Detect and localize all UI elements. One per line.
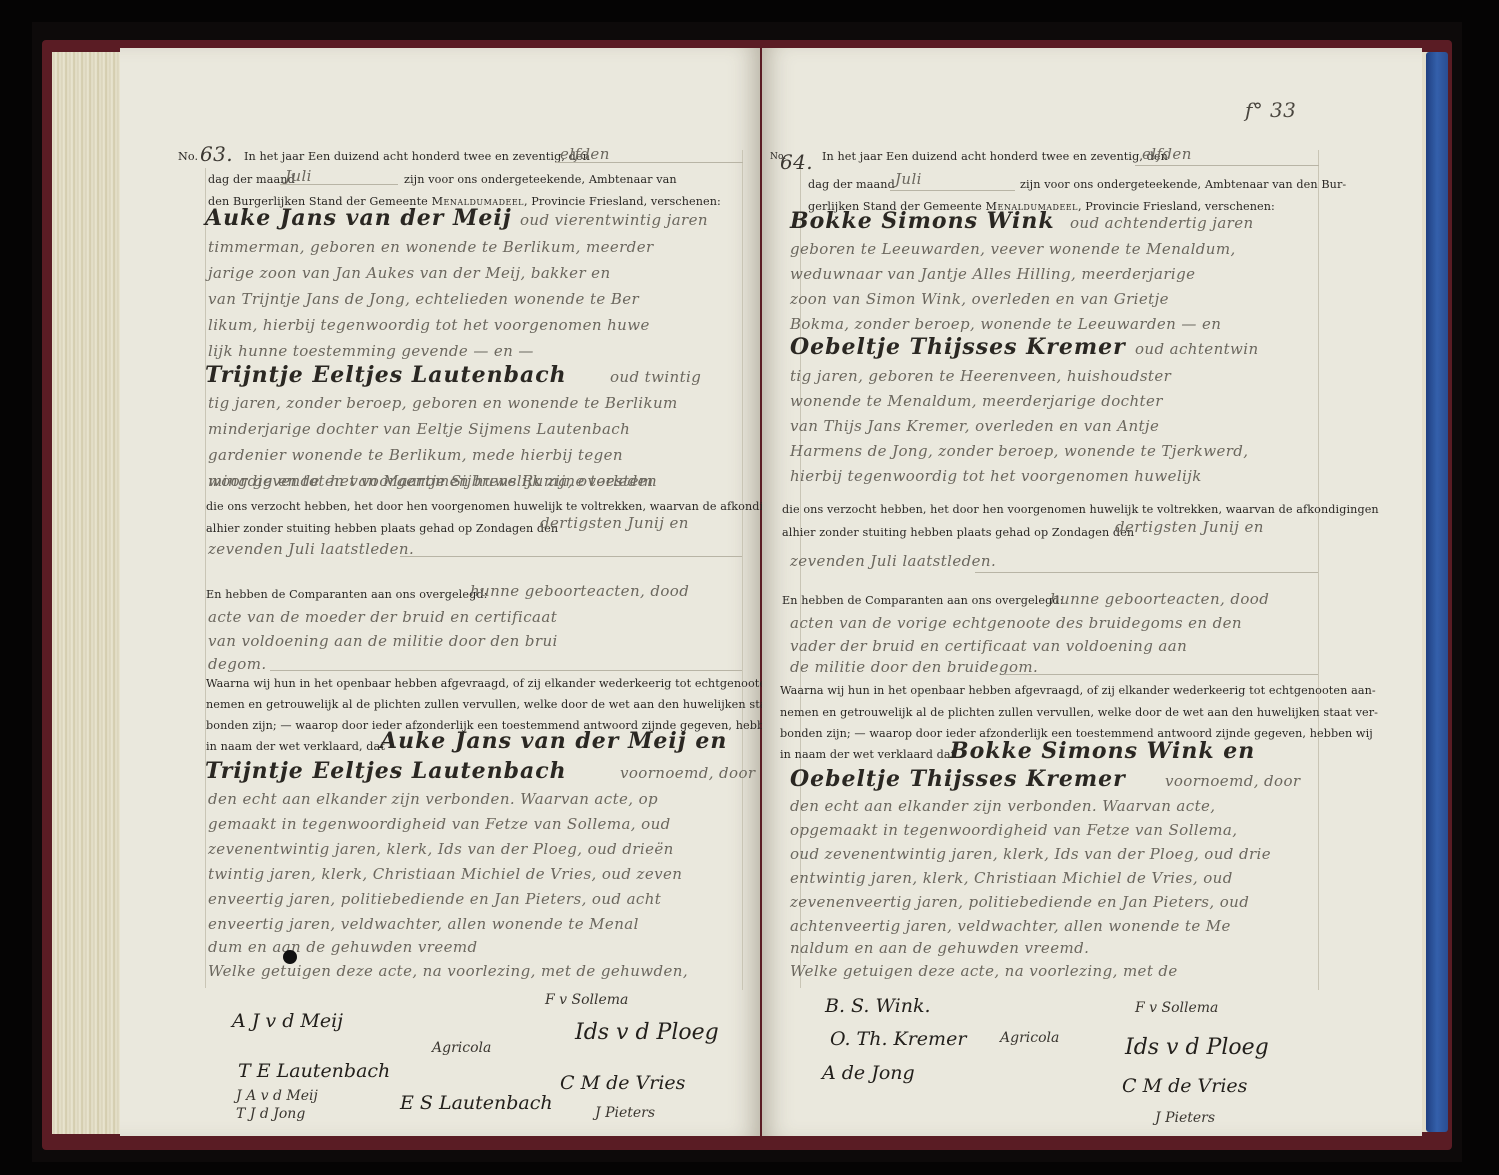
declared-groom: Auke Jans van der Meij en [380,728,727,754]
asked-line: in naam der wet verklaard dat [780,748,955,761]
signature: A J v d Meij [232,1010,343,1032]
month-hand: Juli [895,170,922,188]
intro-line-2a: dag der maand [808,178,895,191]
asked-line: Waarna wij hun in het openbaar hebben af… [206,677,802,690]
hand-line: Bokma, zonder beroep, wonende te Leeuwar… [790,315,1221,333]
hand-line: van Thijs Jans Kremer, overleden en van … [790,417,1159,435]
record-no-label: No. [178,150,198,163]
fill-line [270,670,742,671]
fill-line [400,556,742,557]
closing-hand: achtenveertig jaren, veldwachter, allen … [790,917,1231,935]
declared-bride: Oebeltje Thijsses Kremer [790,766,1126,792]
closing-hand: den echt aan elkander zijn verbonden. Wa… [208,790,658,808]
hand-line: jarige zoon van Jan Aukes van der Meij, … [208,264,611,282]
hand-line: weduwnaar van Jantje Alles Hilling, meer… [790,265,1195,283]
record-number: 64. [780,150,813,174]
signature: A de Jong [822,1062,915,1084]
signature: F v Sollema [545,992,628,1008]
submitted-hand: de militie door den bruidegom. [790,658,1038,676]
signature: J A v d Meij [236,1088,318,1104]
fill-line [280,184,398,185]
hand-line: tig jaren, geboren te Heerenveen, huisho… [790,367,1171,385]
groom-detail: oud vierentwintig jaren [520,211,708,229]
closing-hand: zevenentwintig jaren, klerk, Ids van der… [208,840,674,858]
hand-line: timmerman, geboren en wonende te Berliku… [208,238,654,256]
hand-line: geboren te Leeuwarden, veever wonende te… [790,240,1236,258]
asked-line: in naam der wet verklaard, dat [206,740,385,753]
hand-line: lijk hunne toestemming gevende — en — [208,342,534,360]
requested-line-1: die ons verzocht hebben, het door hen vo… [782,503,1379,516]
bride-name: Oebeltje Thijsses Kremer [790,334,1126,360]
submitted-label: En hebben de Comparanten aan ons overgel… [782,594,1063,607]
folio-number: f° 33 [1245,98,1296,122]
signature: E S Lautenbach [400,1092,553,1114]
signature: Ids v d Ploeg [1125,1035,1269,1060]
submitted-label: En hebben de Comparanten aan ons overgel… [206,588,487,601]
signature: T E Lautenbach [238,1060,390,1082]
closing-hand: Welke getuigen deze acte, na voorlezing,… [790,962,1178,980]
signature: Agricola [1000,1030,1059,1046]
signature: Ids v d Ploeg [575,1020,719,1045]
fill-line [975,572,1318,573]
declared-bride: Trijntje Eeltjes Lautenbach [205,758,567,784]
closing-hand: den echt aan elkander zijn verbonden. Wa… [790,797,1215,815]
fill-line [1135,165,1319,166]
banns-hand-1: dertigsten Junij en [540,514,689,532]
asked-line: nemen en getrouwelijk al de plichten zul… [206,698,804,711]
submitted-hand: degom. [208,655,267,673]
closing-hand: gemaakt in tegenwoordigheid van Fetze va… [208,815,671,833]
bride-detail: oud achtentwin [1135,340,1259,358]
intro-line-1: In het jaar Een duizend acht honderd twe… [822,150,1168,163]
page-edges-left [52,52,124,1134]
left-right-rule [742,150,743,990]
submitted-hand: van voldoening aan de militie door den b… [208,632,558,650]
day-hand: elfden [560,145,610,163]
declared-groom: Bokke Simons Wink en [950,738,1255,764]
signature: C M de Vries [1122,1075,1247,1097]
signature: B. S. Wink. [825,995,931,1017]
record-number: 63. [200,142,233,166]
hand-line: minderjarige dochter van Eeltje Sijmens … [208,420,630,438]
fill-line [555,162,743,163]
signature: J Pieters [1155,1110,1215,1126]
asked-line: Waarna wij hun in het openbaar hebben af… [780,684,1376,697]
hand-line: Harmens de Jong, zonder beroep, wonende … [790,442,1248,460]
banns-hand-2: zevenden Juli laatstleden. [790,552,996,570]
closing-hand: entwintig jaren, klerk, Christiaan Michi… [790,869,1233,887]
submitted-hand: vader der bruid en certificaat van voldo… [790,637,1187,655]
groom-name: Bokke Simons Wink [790,208,1055,234]
day-hand: elfden [1142,145,1192,163]
submitted-hand: acte van de moeder der bruid en certific… [208,608,557,626]
banns-hand-2: zevenden Juli laatstleden. [208,540,414,558]
hand-line: likum, hierbij tegenwoordig tot het voor… [208,316,650,334]
groom-detail: oud achtendertig jaren [1070,214,1254,232]
fill-line [1005,674,1318,675]
signature: J Pieters [595,1105,655,1121]
ink-blot [283,950,297,964]
requested-line-2: alhier zonder stuiting hebben plaats geh… [782,526,1134,539]
intro-line-1: In het jaar Een duizend acht honderd twe… [244,150,590,163]
bride-detail: oud twintig [610,368,701,386]
submitted-hand: acten van de vorige echtgenoote des brui… [790,614,1242,632]
closing-hand: dum en aan de gehuwden vreemd [208,938,478,956]
hand-line: zoon van Simon Wink, overleden en van Gr… [790,290,1169,308]
fill-line [890,190,1015,191]
closing-hand: opgemaakt in tegenwoordigheid van Fetze … [790,821,1237,839]
left-margin-rule [205,168,206,988]
closing-hand: Welke getuigen deze acte, na voorlezing,… [208,962,688,980]
closing-hand: twintig jaren, klerk, Christiaan Michiel… [208,865,682,883]
closing-hand: voornoemd, door [1165,772,1300,790]
closing-hand: enveertig jaren, politiebediende en Jan … [208,890,661,908]
groom-name: Auke Jans van der Meij [205,205,512,231]
submitted-hand: hunne geboorteacten, dood [470,582,689,600]
right-right-rule [1318,150,1319,990]
signature: T J d Jong [236,1106,305,1122]
signature: F v Sollema [1135,1000,1218,1016]
closing-hand: naldum en aan de gehuwden vreemd. [790,939,1089,957]
signature: O. Th. Kremer [830,1028,966,1050]
hand-line: ming gevende en van Maartje Sijbrens Rum… [208,472,657,490]
signature: C M de Vries [560,1072,685,1094]
closing-hand: voornoemd, door [620,764,755,782]
month-hand: Juli [285,167,312,185]
closing-hand: zevenenveertig jaren, politiebediende en… [790,893,1249,911]
requested-line-2: alhier zonder stuiting hebben plaats geh… [206,522,558,535]
submitted-hand: hunne geboorteacten, dood [1050,590,1269,608]
bride-name: Trijntje Eeltjes Lautenbach [205,362,567,388]
hand-line: van Trijntje Jans de Jong, echtelieden w… [208,290,639,308]
hand-line: hierbij tegenwoordig tot het voorgenomen… [790,467,1202,485]
intro-line-2b: zijn voor ons ondergeteekende, Ambtenaar… [1020,178,1346,191]
closing-hand: oud zevenentwintig jaren, klerk, Ids van… [790,845,1271,863]
requested-line-1: die ons verzocht hebben, het door hen vo… [206,500,803,513]
hand-line: gardenier wonende te Berlikum, mede hier… [208,446,623,464]
closing-hand: enveertig jaren, veldwachter, allen wone… [208,915,639,933]
banns-hand-1: dertigsten Junij en [1115,518,1264,536]
blue-page-edge [1426,52,1448,1132]
signature: Agricola [432,1040,491,1056]
asked-line: nemen en getrouwelijk al de plichten zul… [780,706,1378,719]
hand-line: tig jaren, zonder beroep, geboren en won… [208,394,678,412]
hand-line: wonende te Menaldum, meerderjarige docht… [790,392,1163,410]
intro-line-2b: zijn voor ons ondergeteekende, Ambtenaar… [404,173,677,186]
